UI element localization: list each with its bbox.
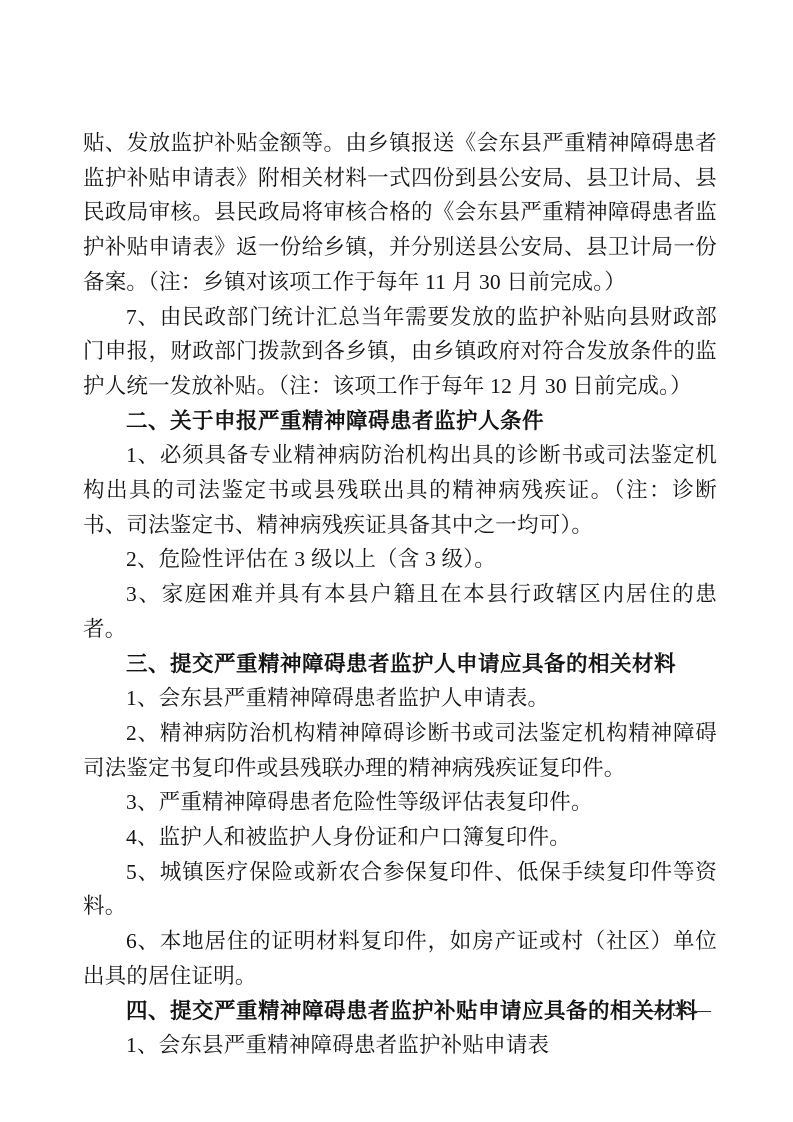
document-page: 贴、发放监护补贴金额等。由乡镇报送《会东县严重精神障碍患者监护补贴申请表》附相关… — [0, 0, 793, 1122]
document-body: 贴、发放监护补贴金额等。由乡镇报送《会东县严重精神障碍患者监护补贴申请表》附相关… — [83, 126, 717, 1063]
section-heading: 二、关于申报严重精神障碍患者监护人条件 — [83, 404, 717, 439]
paragraph: 2、危险性评估在 3 级以上（含 3 级）。 — [83, 542, 717, 577]
page-number: — 3 — — [643, 999, 713, 1022]
paragraph: 1、必须具备专业精神病防治机构出具的诊断书或司法鉴定机构出具的司法鉴定书或县残联… — [83, 438, 717, 542]
section-heading: 四、提交严重精神障碍患者监护补贴申请应具备的相关材料 — [83, 994, 717, 1029]
paragraph: 7、由民政部门统计汇总当年需要发放的监护补贴向县财政部门申报，财政部门拨款到各乡… — [83, 300, 717, 404]
paragraph: 3、严重精神障碍患者危险性等级评估表复印件。 — [83, 785, 717, 820]
section-heading: 三、提交严重精神障碍患者监护人申请应具备的相关材料 — [83, 647, 717, 682]
paragraph: 贴、发放监护补贴金额等。由乡镇报送《会东县严重精神障碍患者监护补贴申请表》附相关… — [83, 126, 717, 300]
paragraph: 6、本地居住的证明材料复印件，如房产证或村（社区）单位出具的居住证明。 — [83, 924, 717, 993]
paragraph: 4、监护人和被监护人身份证和户口簿复印件。 — [83, 820, 717, 855]
paragraph: 5、城镇医疗保险或新农合参保复印件、低保手续复印件等资料。 — [83, 855, 717, 924]
paragraph: 2、精神病防治机构精神障碍诊断书或司法鉴定机构精神障碍司法鉴定书复印件或县残联办… — [83, 716, 717, 785]
paragraph: 1、会东县严重精神障碍患者监护人申请表。 — [83, 681, 717, 716]
paragraph: 1、会东县严重精神障碍患者监护补贴申请表 — [83, 1028, 717, 1063]
paragraph: 3、家庭困难并具有本县户籍且在本县行政辖区内居住的患者。 — [83, 577, 717, 646]
